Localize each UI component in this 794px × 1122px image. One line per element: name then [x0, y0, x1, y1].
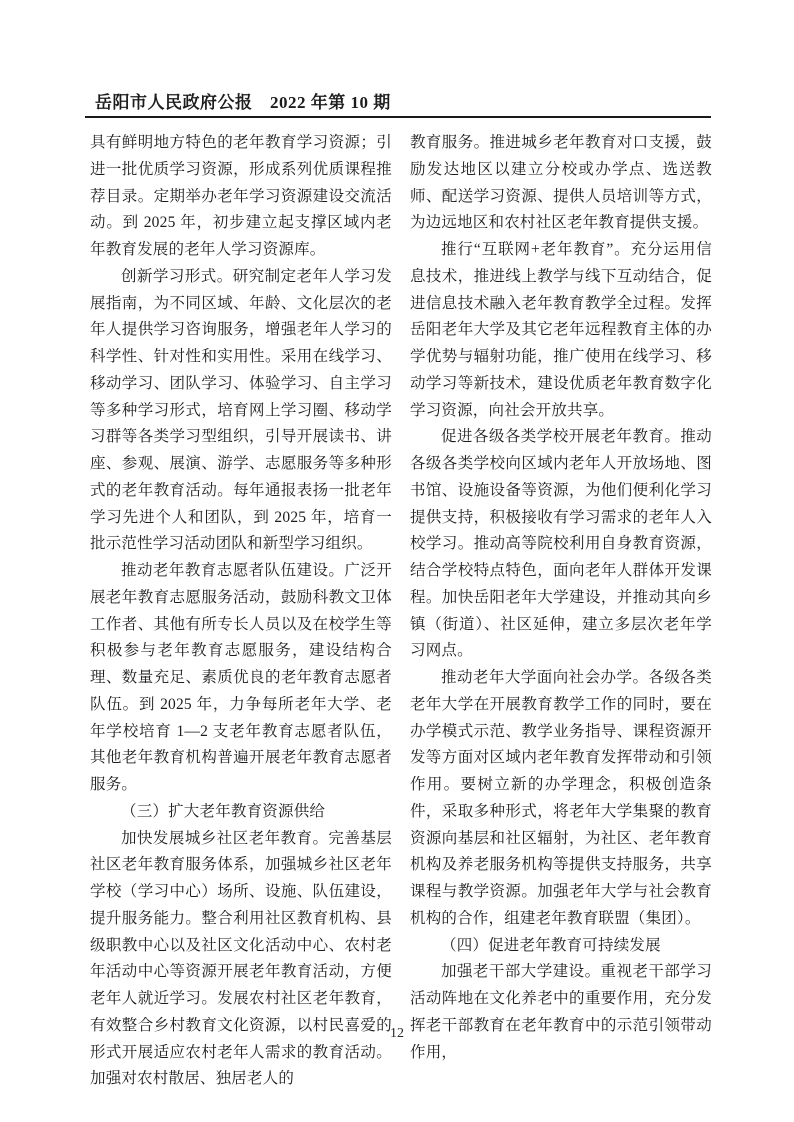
right-column: 教育服务。推进城乡老年教育对口支援，鼓励发达地区以建立分校或办学点、选送教师、配… — [410, 130, 712, 1093]
paragraph: 教育服务。推进城乡老年教育对口支援，鼓励发达地区以建立分校或办学点、选送教师、配… — [410, 130, 712, 237]
paragraph: 加强老干部大学建设。重视老干部学习活动阵地在文化养老中的重要作用，充分发挥老干部… — [410, 959, 712, 1066]
paragraph: 推动老年教育志愿者队伍建设。广泛开展老年教育志愿服务活动，鼓励科教文卫体工作者、… — [90, 558, 392, 799]
paragraph: 促进各级各类学校开展老年教育。推动各级各类学校向区域内老年人开放场地、图书馆、设… — [410, 424, 712, 665]
paragraph: 推行“互联网+老年教育”。充分运用信息技术，推进线上教学与线下互动结合，促进信息… — [410, 237, 712, 424]
paragraph: （三）扩大老年教育资源供给 — [90, 799, 392, 826]
paragraph: 具有鲜明地方特色的老年教育学习资源；引进一批优质学习资源，形成系列优质课程推荐目… — [90, 130, 392, 264]
two-column-body: 具有鲜明地方特色的老年教育学习资源；引进一批优质学习资源，形成系列优质课程推荐目… — [90, 130, 712, 1093]
gazette-page: 岳阳市人民政府公报 2022 年第 10 期 具有鲜明地方特色的老年教育学习资源… — [0, 0, 794, 1122]
gazette-header-title: 岳阳市人民政府公报 2022 年第 10 期 — [95, 88, 391, 113]
paragraph: （四）促进老年教育可持续发展 — [410, 933, 712, 960]
paragraph: 加快发展城乡社区老年教育。完善基层社区老年教育服务体系，加强城乡社区老年学校（学… — [90, 826, 392, 1094]
left-column: 具有鲜明地方特色的老年教育学习资源；引进一批优质学习资源，形成系列优质课程推荐目… — [90, 130, 392, 1093]
header-rule — [85, 116, 711, 118]
paragraph: 推动老年大学面向社会办学。各级各类老年大学在开展教育教学工作的同时，要在办学模式… — [410, 665, 712, 933]
paragraph: 创新学习形式。研究制定老年人学习发展指南，为不同区域、年龄、文化层次的老年人提供… — [90, 264, 392, 558]
page-number: 12 — [0, 1026, 794, 1042]
